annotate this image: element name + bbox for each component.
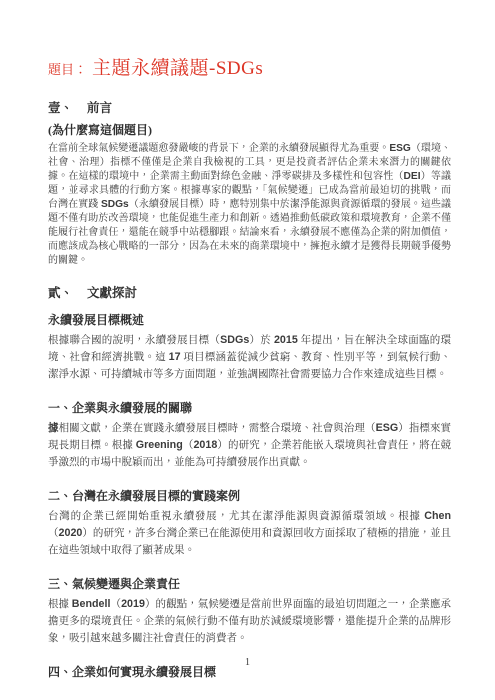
title-text: 主題永續議題-SDGs (92, 58, 263, 79)
topic1-lead-character: 據 (48, 423, 59, 434)
section-title: 前言 (87, 101, 112, 115)
preface-subtitle: (為什麼寫這個題目) (48, 121, 451, 138)
document-title: 題目：主題永續議題-SDGs (48, 56, 451, 83)
section-title: 文獻探討 (87, 286, 137, 300)
section-number: 貳、 (48, 286, 73, 300)
topic1-body-text: 相關文獻，企業在實踐永續發展目標時，需整合環境、社會與治理（ESG）指標來實現長… (48, 423, 451, 468)
section-heading-literature: 貳、文獻探討 (48, 283, 451, 301)
title-label: 題目： (48, 62, 87, 77)
topic2-heading: 二、台灣在永續發展目標的實踐案例 (48, 487, 451, 504)
overview-subheading: 永續發展目標概述 (48, 311, 451, 328)
page-number: 1 (0, 657, 495, 668)
topic1-paragraph: 據相關文獻，企業在實踐永續發展目標時，需整合環境、社會與治理（ESG）指標來實現… (48, 420, 451, 471)
section-number: 壹、 (48, 101, 73, 115)
preface-paragraph: 在當前全球氣候變遷議題愈發嚴峻的背景下，企業的永續發展顯得尤為重要。ESG（環境… (48, 142, 451, 268)
topic1-heading: 一、企業與永續發展的關聯 (48, 399, 451, 416)
document-page: 題目：主題永續議題-SDGs 壹、前言 (為什麼寫這個題目) 在當前全球氣候變遷… (0, 0, 495, 700)
overview-paragraph: 根據聯合國的說明，永續發展目標（SDGs）於 2015 年提出，旨在解決全球面臨… (48, 332, 451, 383)
topic3-heading: 三、氣候變遷與企業責任 (48, 575, 451, 592)
document-content: 題目：主題永續議題-SDGs 壹、前言 (為什麼寫這個題目) 在當前全球氣候變遷… (48, 56, 451, 680)
topic3-paragraph: 根據 Bendell（2019）的觀點，氣候變遷是當前世界面臨的最迫切問題之一，… (48, 596, 451, 647)
section-heading-preface: 壹、前言 (48, 98, 451, 116)
topic2-paragraph: 台灣的企業已經開始重視永續發展，尤其在潔淨能源與資源循環領域。根據 Chen（2… (48, 508, 451, 559)
